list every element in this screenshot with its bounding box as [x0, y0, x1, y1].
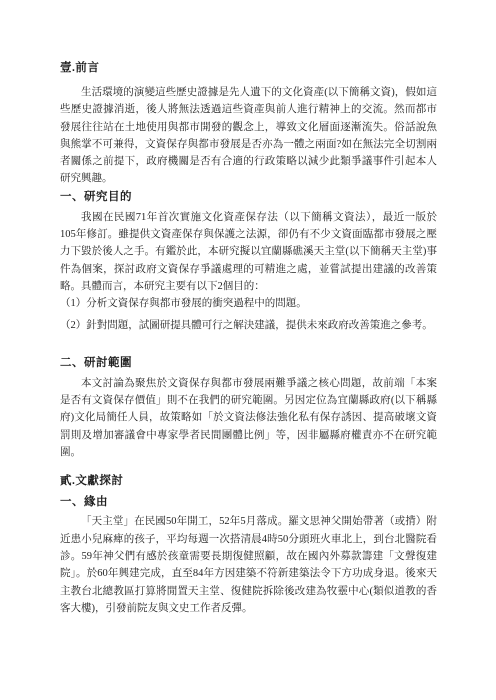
- document-page: 壹.前言 生活環境的演變這些歷史證據是先人遺下的文化資產(以下簡稱文資)，假如這…: [0, 0, 496, 700]
- paragraph-origin: 「天主堂」在民國50年開工，52年5月落成。羅文思神父開始帶著（或揹）附近患小兒…: [60, 513, 437, 617]
- section-title-research-scope: 二、研討範圍: [60, 355, 437, 372]
- section-title-literature-review: 貳.文獻探討: [60, 473, 437, 490]
- paragraph-research-scope: 本文討論為聚焦於文資保存與都市發展兩難爭議之核心問題，故前端「本案是否有文資保存…: [60, 375, 437, 461]
- paragraph-research-purpose: 我國在民國71年首次實施文化資產保存法（以下簡稱文資法），最近一版於105年修訂…: [60, 209, 437, 295]
- section-title-origin: 一、緣由: [60, 494, 437, 511]
- section-title-research-purpose: 一、研究目的: [60, 189, 437, 206]
- list-item-purpose-1: （1）分析文資保存與都市發展的衝突過程中的問題。: [60, 295, 437, 312]
- section-title-foreword: 壹.前言: [60, 60, 437, 77]
- list-item-purpose-2: （2）針對問題，試圖研提具體可行之解決建議，提供未來政府改善策進之參考。: [60, 317, 437, 334]
- paragraph-foreword: 生活環境的演變這些歷史證據是先人遺下的文化資產(以下簡稱文資)，假如這些歷史證據…: [60, 84, 437, 188]
